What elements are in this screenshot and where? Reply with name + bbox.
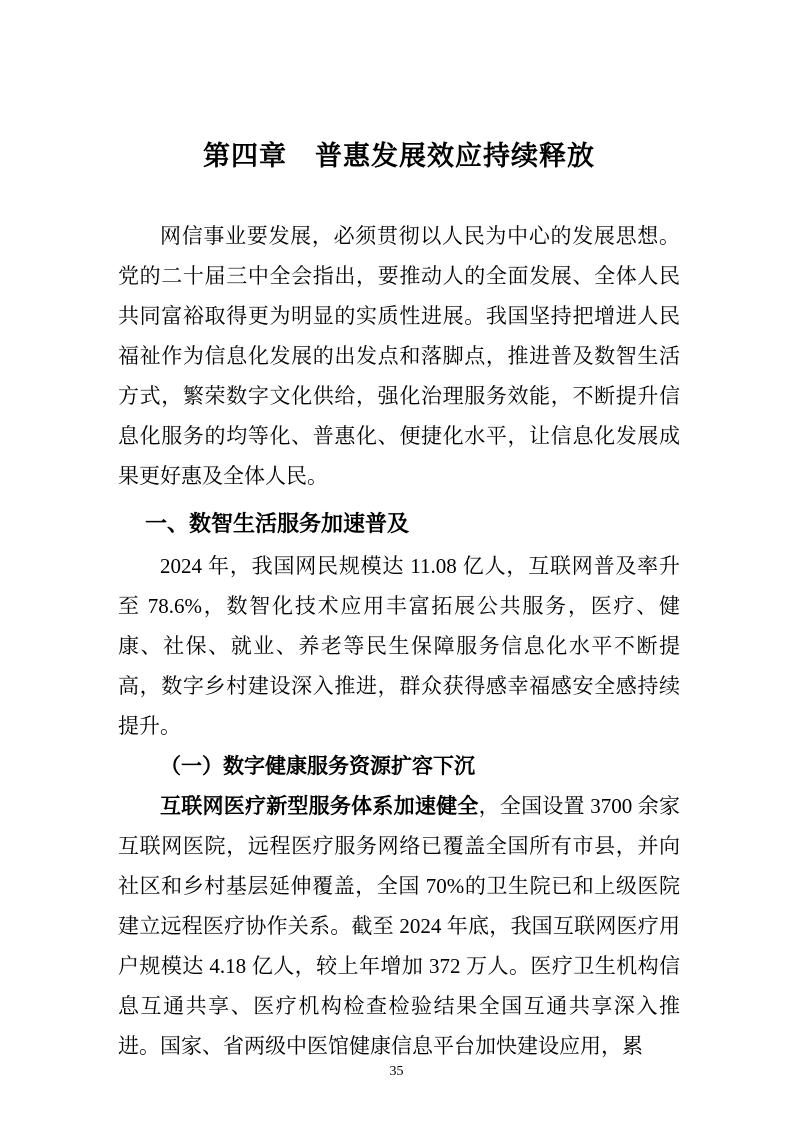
paragraph-bold-lead: 互联网医疗新型服务体系加速健全	[160, 794, 479, 818]
intro-paragraph: 网信事业要发展，必须贯彻以人民为中心的发展思想。党的二十届三中全会指出，要推动人…	[118, 216, 680, 496]
sub-section-paragraph: 互联网医疗新型服务体系加速健全，全国设置 3700 余家互联网医院，远程医疗服务…	[118, 786, 680, 1066]
section-1-paragraph: 2024 年，我国网民规模达 11.08 亿人，互联网普及率升至 78.6%，数…	[118, 546, 680, 746]
section-heading-1: 一、数智生活服务加速普及	[118, 504, 680, 544]
chapter-title: 第四章 普惠发展效应持续释放	[118, 0, 680, 174]
paragraph-body-text: ，全国设置 3700 余家互联网医院，远程医疗服务网络已覆盖全国所有市县，并向社…	[118, 794, 680, 1058]
document-page: 第四章 普惠发展效应持续释放 网信事业要发展，必须贯彻以人民为中心的发展思想。党…	[0, 0, 793, 1122]
page-number: 35	[0, 1064, 793, 1080]
sub-heading-1: （一）数字健康服务资源扩容下沉	[118, 746, 680, 786]
